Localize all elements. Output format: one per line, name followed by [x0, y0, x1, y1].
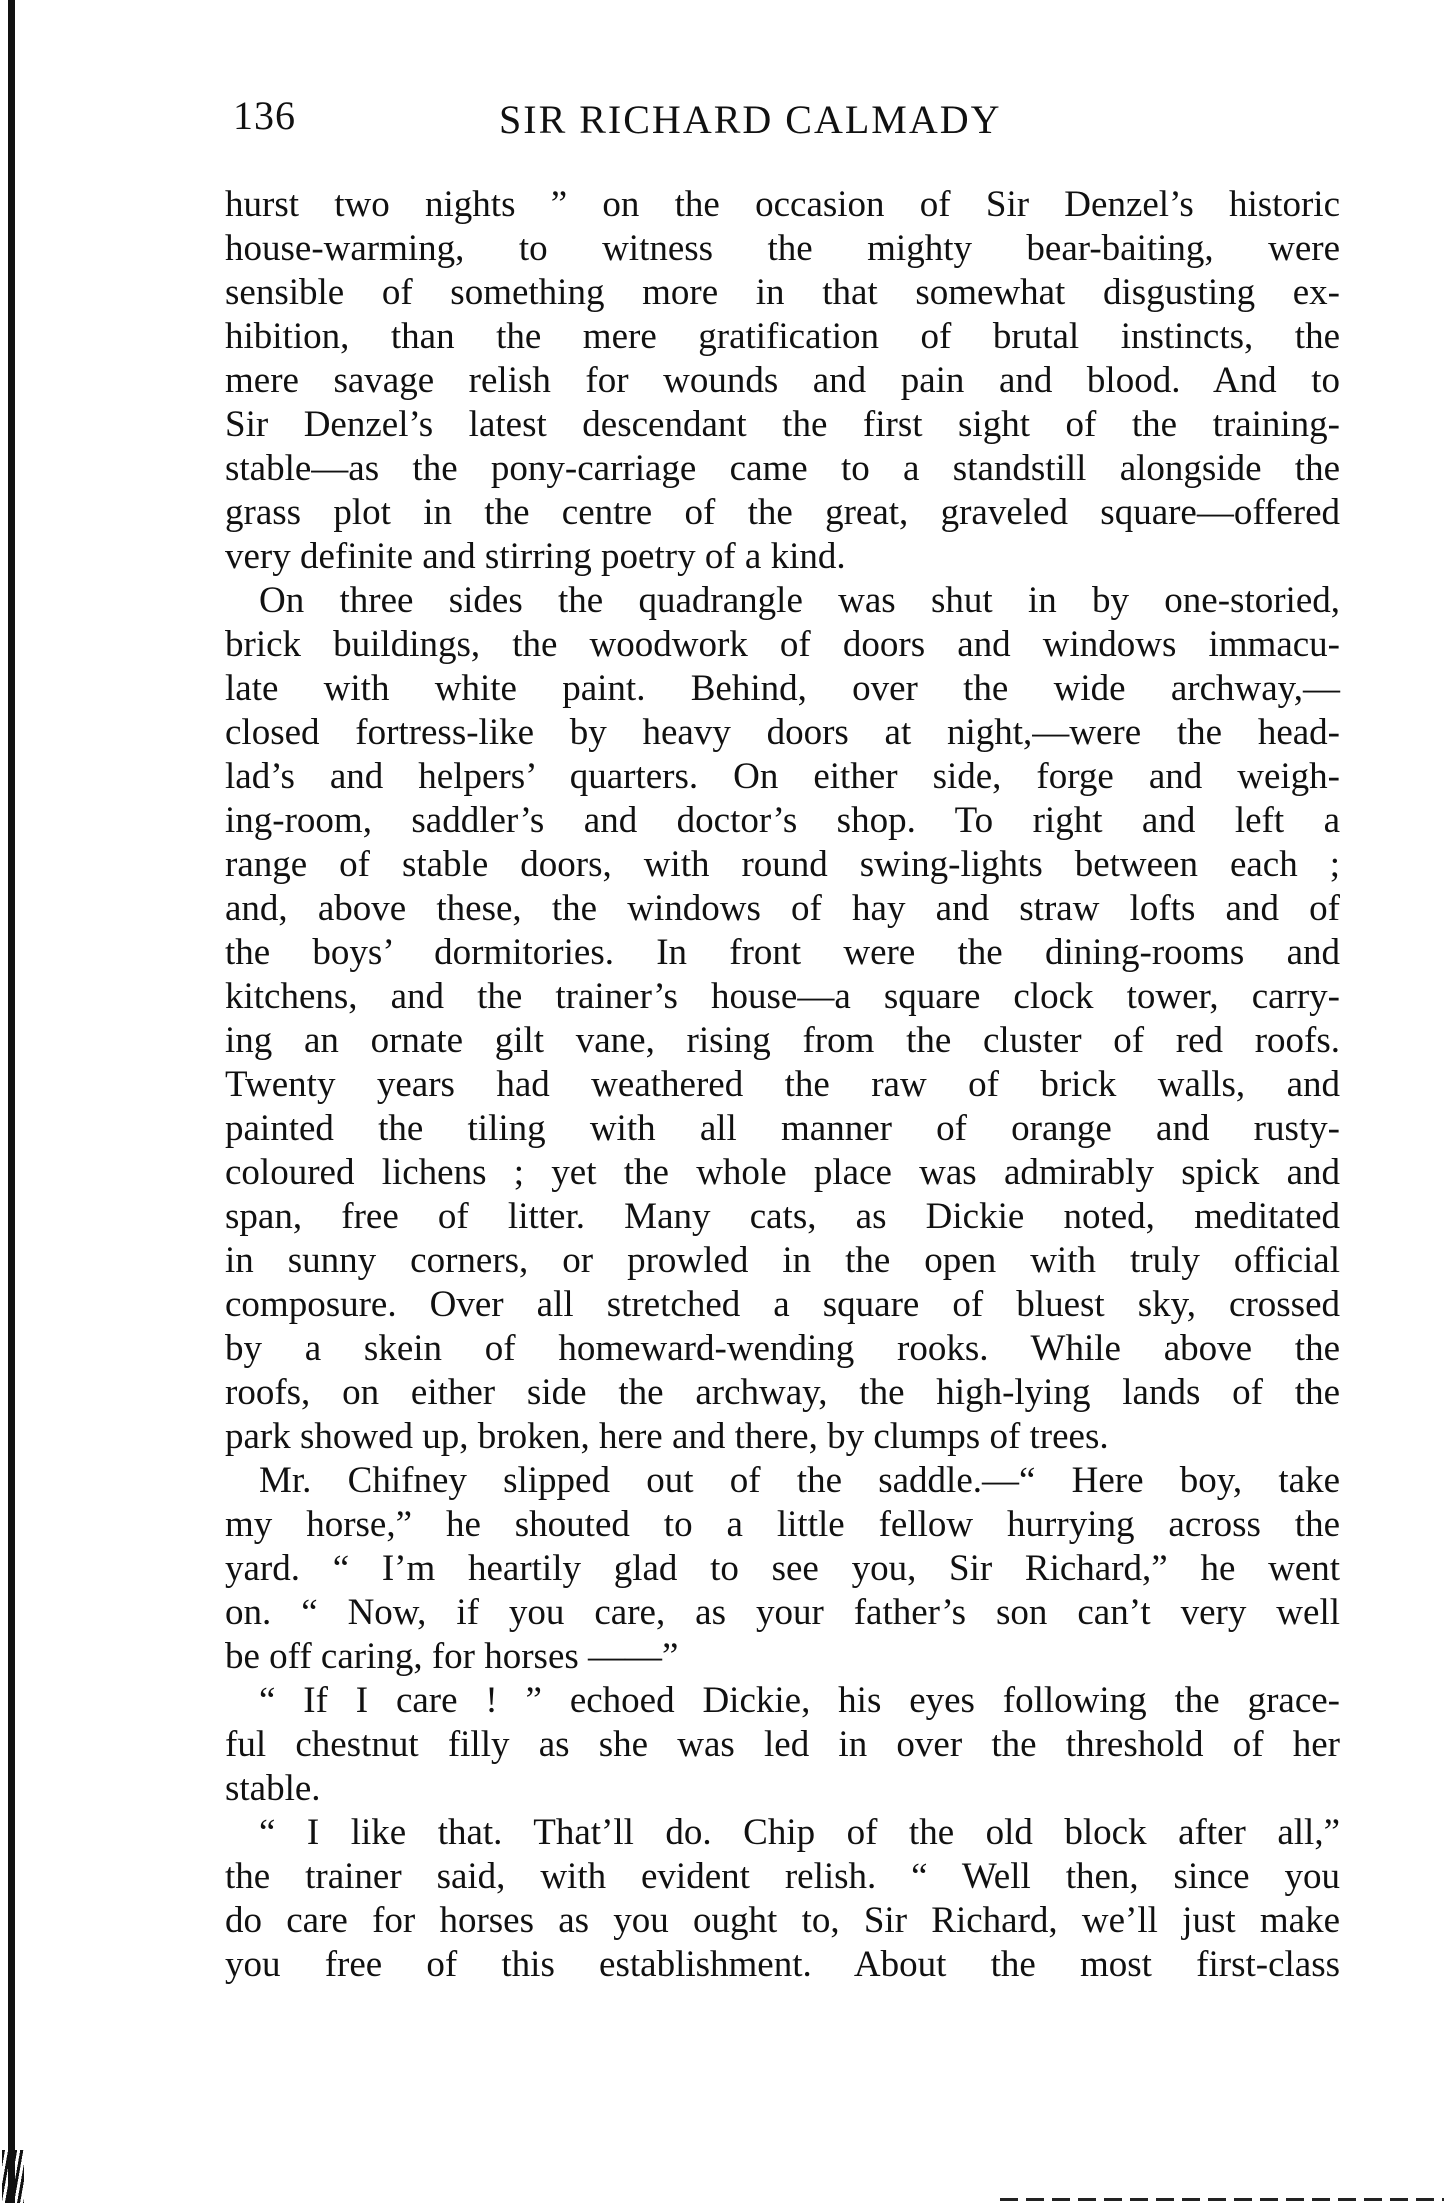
page-number: 136 — [233, 92, 296, 139]
text-line: stable. — [225, 1767, 1340, 1811]
text-line: “ I like that. That’ll do. Chip of the o… — [225, 1811, 1340, 1855]
body-text: hurst two nights ” on the occasion of Si… — [225, 183, 1340, 1987]
text-line: hurst two nights ” on the occasion of Si… — [225, 183, 1340, 227]
text-line: grass plot in the centre of the great, g… — [225, 491, 1340, 535]
page-bottom-edge — [1000, 2198, 1444, 2201]
text-line: Sir Denzel’s latest descendant the first… — [225, 403, 1340, 447]
book-binding-fray — [2, 2150, 24, 2203]
text-line: On three sides the quadrangle was shut i… — [225, 579, 1340, 623]
book-binding-edge — [8, 0, 15, 2203]
text-line: Twenty years had weathered the raw of br… — [225, 1063, 1340, 1107]
text-line: painted the tiling with all manner of or… — [225, 1107, 1340, 1151]
running-head-title: SIR RICHARD CALMADY — [499, 96, 1002, 143]
text-line: by a skein of homeward-wending rooks. Wh… — [225, 1327, 1340, 1371]
text-line: composure. Over all stretched a square o… — [225, 1283, 1340, 1327]
text-line: brick buildings, the woodwork of doors a… — [225, 623, 1340, 667]
text-line: on. “ Now, if you care, as your father’s… — [225, 1591, 1340, 1635]
text-line: Mr. Chifney slipped out of the saddle.—“… — [225, 1459, 1340, 1503]
text-line: in sunny corners, or prowled in the open… — [225, 1239, 1340, 1283]
text-line: park showed up, broken, here and there, … — [225, 1415, 1340, 1459]
text-line: kitchens, and the trainer’s house—a squa… — [225, 975, 1340, 1019]
text-line: roofs, on either side the archway, the h… — [225, 1371, 1340, 1415]
text-line: hibition, than the mere gratification of… — [225, 315, 1340, 359]
text-line: sensible of something more in that somew… — [225, 271, 1340, 315]
text-line: late with white paint. Behind, over the … — [225, 667, 1340, 711]
text-line: coloured lichens ; yet the whole place w… — [225, 1151, 1340, 1195]
text-line: you free of this establishment. About th… — [225, 1943, 1340, 1987]
page-header: 136 SIR RICHARD CALMADY — [225, 92, 1340, 152]
text-line: very definite and stirring poetry of a k… — [225, 535, 1340, 579]
text-line: span, free of litter. Many cats, as Dick… — [225, 1195, 1340, 1239]
text-line: lad’s and helpers’ quarters. On either s… — [225, 755, 1340, 799]
text-line: range of stable doors, with round swing-… — [225, 843, 1340, 887]
text-line: “ If I care ! ” echoed Dickie, his eyes … — [225, 1679, 1340, 1723]
text-line: the boys’ dormitories. In front were the… — [225, 931, 1340, 975]
text-line: ing-room, saddler’s and doctor’s shop. T… — [225, 799, 1340, 843]
text-line: ful chestnut filly as she was led in ove… — [225, 1723, 1340, 1767]
text-line: closed fortress-like by heavy doors at n… — [225, 711, 1340, 755]
text-line: house-warming, to witness the mighty bea… — [225, 227, 1340, 271]
text-line: and, above these, the windows of hay and… — [225, 887, 1340, 931]
text-line: mere savage relish for wounds and pain a… — [225, 359, 1340, 403]
text-line: stable—as the pony-carriage came to a st… — [225, 447, 1340, 491]
text-line: yard. “ I’m heartily glad to see you, Si… — [225, 1547, 1340, 1591]
text-line: the trainer said, with evident relish. “… — [225, 1855, 1340, 1899]
text-line: do care for horses as you ought to, Sir … — [225, 1899, 1340, 1943]
text-line: be off caring, for horses ——” — [225, 1635, 1340, 1679]
text-line: ing an ornate gilt vane, rising from the… — [225, 1019, 1340, 1063]
text-line: my horse,” he shouted to a little fellow… — [225, 1503, 1340, 1547]
